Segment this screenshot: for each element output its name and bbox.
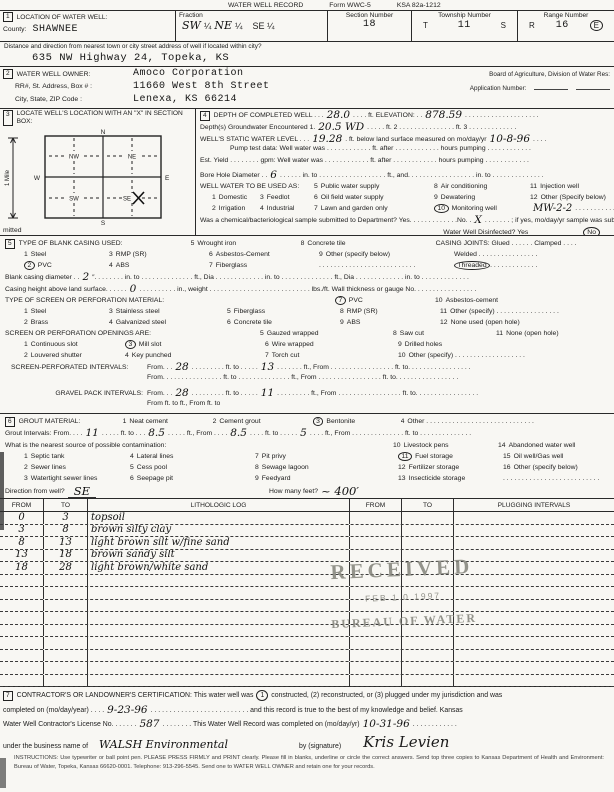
sample-question-tail: . . . . . . . ; if yes, mo/day/yr sample…: [485, 217, 614, 224]
option-number: 6: [209, 251, 213, 258]
option-label: Wire wrapped: [272, 341, 314, 348]
section-1-title: LOCATION OF WATER WELL:: [17, 14, 108, 21]
plug-interval-cell: [454, 662, 614, 674]
option-cell: 9Dewatering: [434, 194, 530, 201]
option-number: 9: [340, 319, 344, 326]
option-label: Dewatering: [441, 194, 475, 201]
option-cell: 4Industrial: [260, 205, 314, 212]
section-number-badge: 1: [3, 12, 13, 22]
elevation-label: . . . . ft. ELEVATION: . .: [353, 112, 422, 119]
form-title: WATER WELL RECORD: [228, 2, 303, 10]
option-number: 8: [255, 464, 259, 471]
dotted-leader: . . . . . ft. 2 . . . . . . . . . . . . …: [367, 124, 516, 131]
well-completed-date-value: 9-23-96: [107, 705, 148, 716]
col-header-from-2: FROM: [350, 499, 402, 511]
location-cell: 1 LOCATION OF WATER WELL: County: SHAWNE…: [0, 11, 176, 41]
plug-to-cell: [402, 600, 454, 612]
litho-description: [88, 600, 350, 612]
option-cell: 5Cess pool: [130, 464, 255, 471]
option-number: 15: [503, 453, 511, 460]
option-label: Stainless steel: [116, 308, 160, 315]
dotted-leader: . . . .: [533, 136, 546, 143]
option-label: Air conditioning: [441, 183, 487, 190]
litho-from-value: [0, 675, 44, 687]
option-cell: 7Torch cut: [265, 352, 398, 359]
option-number: 1: [24, 341, 28, 348]
litho-to-value: 13: [44, 537, 88, 549]
litho-description: brown silty clay: [88, 525, 350, 537]
option-number: 13: [398, 475, 406, 482]
option-cell: 9Feedyard: [255, 475, 398, 482]
litho-description: [88, 587, 350, 599]
option-cell: 2Sewer lines: [24, 464, 130, 471]
option-number: 1: [24, 308, 28, 315]
option-cell: CASING JOINTS: Glued . . . . . . Clamped…: [436, 240, 577, 247]
option-cell: 10Livestock pens: [393, 442, 498, 449]
plug-to-cell: [402, 562, 454, 574]
option-cell: 6Concrete tile: [227, 319, 340, 326]
plug-to-cell: [402, 625, 454, 637]
business-name-label: under the business name of: [3, 743, 88, 750]
option-cell: 2Cement grout: [213, 418, 313, 425]
option-cell: 11None (open hole): [496, 330, 559, 337]
plug-from-cell: [350, 587, 402, 599]
option-label: TYPE OF BLANK CASING USED:: [19, 240, 123, 247]
litho-from-value: 0: [0, 512, 44, 524]
option-label: Cement grout: [219, 418, 260, 425]
plug-from-cell: [350, 650, 402, 662]
screen-openings-row-2: 1Continuous slot3Mill slot6Wire wrapped9…: [5, 339, 614, 350]
table-row: [0, 675, 614, 688]
bore-hole-label: Bore Hole Diameter . .: [200, 172, 267, 179]
litho-to-value: [44, 575, 88, 587]
signature-value: Kris Levien: [345, 733, 467, 750]
application-number-blank: [534, 82, 568, 90]
option-cell: 10Monitoring well: [434, 204, 530, 213]
grout-intervals-label: Grout Intervals: From. . . .: [5, 430, 82, 437]
option-label: None (open hole): [506, 330, 559, 337]
option-cell: 10Other (specify) . . . . . . . . . . . …: [398, 352, 525, 359]
option-number: 5: [191, 240, 195, 247]
depth-value: 28.0: [327, 110, 350, 121]
option-number: 11: [440, 308, 447, 315]
plug-interval-cell: [454, 612, 614, 624]
option-number: 12: [530, 194, 538, 201]
litho-from-value: 18: [0, 562, 44, 574]
option-cell: 4Galvanized steel: [109, 319, 227, 326]
direction-from-well-label: Direction from well?: [5, 488, 65, 495]
nw-label: NW: [69, 155, 79, 161]
plug-from-cell: [350, 612, 402, 624]
license-number-value: 587: [139, 719, 159, 730]
option-label: Feedlot: [267, 194, 290, 201]
contamination-row-1: What is the nearest source of possible c…: [5, 440, 614, 451]
lithologic-rows: 0 3 topsoil 3 8 brown silty clay: [0, 512, 614, 687]
option-cell: WELL WATER TO BE USED AS:: [200, 183, 314, 190]
plug-to-cell: [402, 662, 454, 674]
measured-on-label: . ft. below land surface measured on mo/…: [345, 136, 486, 143]
instructions-text: INSTRUCTIONS: Use typewriter or ball poi…: [0, 750, 614, 772]
casing-type-row-2: 1Steel3RMP (SR)6Asbestos-Cement9Other (s…: [5, 249, 614, 260]
litho-from-value: [0, 600, 44, 612]
option-number: 3: [24, 475, 28, 482]
option-label: Other (specify below): [514, 464, 578, 471]
sample-wrap-text: mitted: [3, 227, 195, 235]
option-number: 2: [24, 352, 28, 359]
litho-from-value: 8: [0, 537, 44, 549]
bore-hole-diameter-value: 6: [270, 170, 277, 181]
section-3-title: LOCATE WELL'S LOCATION WITH AN "X" IN SE…: [17, 110, 195, 126]
option-number: 8: [301, 240, 305, 247]
to-label: . . . . . . . . . ft. to . . . . .: [192, 364, 258, 371]
option-cell: 14Abandoned water well: [498, 442, 575, 449]
option-number: 11: [530, 183, 537, 190]
litho-description: brown sandy silt: [88, 550, 350, 562]
option-label: Fiberglass: [216, 262, 247, 269]
option-number: 3: [313, 417, 324, 426]
option-cell: Welded . . . . . . . . . . . . . . . .: [454, 251, 537, 258]
contamination-row-4: 3Watertight sewer lines6Seepage pit9Feed…: [5, 473, 614, 484]
option-cell: 11Other (specify) . . . . . . . . . . . …: [440, 308, 559, 315]
option-label: Seepage pit: [137, 475, 173, 482]
option-cell: 3Bentonite: [313, 417, 401, 426]
screen-openings-row-1: SCREEN OR PERFORATION OPENINGS ARE:5Gauz…: [5, 328, 614, 339]
plug-to-cell: [402, 512, 454, 524]
option-label: GROUT MATERIAL:: [19, 418, 81, 425]
groundwater-label: Depth(s) Groundwater Encountered 1.: [200, 124, 315, 131]
litho-from-value: 13: [0, 550, 44, 562]
by-signature-label: by (signature): [299, 743, 341, 750]
screen-material-row-2: 1Steel3Stainless steel5Fiberglass8RMP (S…: [5, 306, 614, 317]
option-label: Other (specify) . . . . . . . . . . . . …: [450, 308, 559, 315]
section-4-well-data: 4 DEPTH OF COMPLETED WELL . . . 28.0 . .…: [196, 109, 614, 235]
option-number: 9: [255, 475, 259, 482]
gravel-pack-intervals-label: GRAVEL PACK INTERVALS:: [5, 390, 147, 397]
plug-to-cell: [402, 575, 454, 587]
litho-to-value: [44, 675, 88, 687]
from-label: From. . .: [147, 364, 172, 371]
litho-description: [88, 612, 350, 624]
option-cell: 1Domestic: [212, 194, 260, 201]
option-cell: 3Feedlot: [260, 194, 314, 201]
plug-to-cell: [402, 537, 454, 549]
application-number-blank: [576, 82, 610, 90]
section-number-badge: 6: [5, 417, 15, 427]
option-cell: 8Saw cut: [393, 330, 496, 337]
gravel-intervals-row-2: From ft. to ft., From ft. to: [147, 400, 220, 407]
option-label: . . . . . . . . . . . . . . . . . . . . …: [319, 262, 415, 269]
plug-to-cell: [402, 587, 454, 599]
plug-from-cell: [350, 562, 402, 574]
table-row: [0, 625, 614, 638]
section-number-cell: Section Number 18: [328, 11, 412, 41]
from-label: . . . . . ft., From . . . .: [168, 430, 227, 437]
option-number: 6: [227, 319, 231, 326]
option-cell: 6Asbestos-Cement: [209, 251, 319, 258]
option-cell: What is the nearest source of possible c…: [5, 442, 393, 449]
option-label: Sewer lines: [31, 464, 66, 471]
option-cell: 13Insecticide storage: [398, 475, 503, 482]
south-label: S: [101, 220, 106, 226]
option-label: Lawn and garden only: [321, 205, 388, 212]
option-number: 5: [227, 308, 231, 315]
plug-from-cell: [350, 550, 402, 562]
se-label: SE: [123, 197, 131, 203]
option-label: RMP (SR): [116, 251, 147, 258]
how-many-feet-label: How many feet?: [269, 488, 318, 495]
table-row: [0, 637, 614, 650]
contamination-row-2: 1Septic tank4Lateral lines7Pit privy11Fu…: [5, 451, 614, 462]
plug-interval-cell: [454, 575, 614, 587]
section-1-location: 1 LOCATION OF WATER WELL: County: SHAWNE…: [0, 11, 614, 42]
option-cell: 12Other (Specify below): [530, 194, 606, 201]
litho-to-value: [44, 612, 88, 624]
record-completed-date-value: 10-31-96: [363, 719, 410, 730]
litho-to-value: [44, 600, 88, 612]
option-label: Mill slot: [139, 341, 162, 348]
option-number: 2: [24, 319, 28, 326]
section-number-value: 18: [331, 19, 408, 30]
option-number: 4: [109, 319, 113, 326]
option-label: Oil field water supply: [321, 194, 384, 201]
township-label: Township Number: [415, 12, 514, 19]
county-value: SHAWNEE: [32, 24, 78, 35]
plug-interval-cell: [454, 637, 614, 649]
option-cell: 4Other . . . . . . . . . . . . . . . . .…: [401, 418, 534, 425]
plug-interval-cell: [454, 512, 614, 524]
option-label: Public water supply: [321, 183, 380, 190]
section-2-owner: 2 WATER WELL OWNER: Amoco Corporation RR…: [0, 67, 614, 109]
static-water-level-value: 19.28: [312, 134, 342, 145]
option-label: Fertilizer storage: [409, 464, 460, 471]
option-cell: . . . . . . . . . . . . .: [490, 262, 537, 269]
grout-to-2: 5: [300, 428, 307, 439]
option-number: 1: [212, 194, 216, 201]
option-number: 16: [503, 464, 511, 471]
col-header-to: TO: [44, 499, 88, 511]
table-row: 0 3 topsoil: [0, 512, 614, 525]
dotted-leader: . . . . . . . . . ft., From . . . . . . …: [277, 390, 478, 397]
plug-from-cell: [350, 675, 402, 687]
table-row: [0, 650, 614, 663]
from-label: From. . .: [147, 390, 172, 397]
litho-description: [88, 625, 350, 637]
monitoring-well-id-value: MW-2-2: [533, 204, 572, 214]
option-number: 12: [440, 319, 448, 326]
option-cell: TYPE OF SCREEN OR PERFORATION MATERIAL:: [5, 297, 335, 304]
plug-to-cell: [402, 550, 454, 562]
option-label: Asbestos-cement: [446, 297, 499, 304]
township-s: S: [501, 21, 506, 30]
option-cell: 8Concrete tile: [301, 240, 436, 247]
litho-from-value: 3: [0, 525, 44, 537]
grout-to-1: 8.5: [148, 428, 165, 439]
option-number: 7: [209, 262, 213, 269]
option-label: Industrial: [267, 205, 295, 212]
option-number: 10: [398, 352, 406, 359]
option-number: 5: [260, 330, 264, 337]
table-row: 8 13 light brown silt w/fine sand: [0, 537, 614, 550]
lithologic-log-table: FROM TO LITHOLOGIC LOG FROM TO PLUGGING …: [0, 499, 614, 687]
option-label: Insecticide storage: [409, 475, 466, 482]
option-number: 8: [393, 330, 397, 337]
board-of-agriculture-label: Board of Agriculture, Division of Water …: [404, 71, 610, 78]
option-number: 12: [398, 464, 406, 471]
litho-description: [88, 637, 350, 649]
blank-casing-diameter-label: Blank casing diameter . .: [5, 274, 79, 281]
option-cell: 12Fertilizer storage: [398, 464, 503, 471]
litho-to-value: [44, 662, 88, 674]
option-number: 9: [319, 251, 323, 258]
option-cell: 5Fiberglass: [227, 308, 340, 315]
option-label: Fuel storage: [415, 453, 453, 460]
screen-openings-row-3: 2Louvered shutter4Key punched7Torch cut1…: [5, 350, 614, 361]
screen-material-row-3: 2Brass4Galvanized steel6Concrete tile9AB…: [5, 317, 614, 328]
option-label: Louvered shutter: [31, 352, 82, 359]
county-label: County:: [3, 26, 26, 33]
option-number: 5: [314, 183, 318, 190]
option-number: 4: [109, 262, 113, 269]
plug-interval-cell: [454, 550, 614, 562]
litho-description: light brown silt w/fine sand: [88, 537, 350, 549]
option-label: RMP (SR): [347, 308, 378, 315]
dotted-leader: . . . . . . . . . . in., weight . . . . …: [139, 286, 476, 293]
contamination-row-3: 2Sewer lines5Cess pool8Sewage lagoon12Fe…: [5, 462, 614, 473]
option-cell: 4Lateral lines: [130, 453, 255, 460]
depth-label: DEPTH OF COMPLETED WELL . . .: [214, 112, 324, 119]
owner-city-value: Lenexa, KS 66214: [133, 94, 237, 105]
option-cell: 5Public water supply: [314, 183, 434, 190]
litho-from-value: [0, 625, 44, 637]
plug-from-cell: [350, 600, 402, 612]
section-6-grout-contamination: 6 GROUT MATERIAL:1Neat cement2Cement gro…: [0, 414, 614, 499]
option-label: Watertight sewer lines: [31, 475, 98, 482]
option-number: 2: [24, 464, 28, 471]
option-number: 7: [335, 296, 346, 305]
option-cell: 10Asbestos-cement: [435, 297, 498, 304]
certification-options: constructed, (2) reconstructed, or (3) p…: [271, 692, 502, 699]
litho-to-value: [44, 587, 88, 599]
form-header: WATER WELL RECORD Form WWC-5 KSA 82a-121…: [0, 0, 614, 11]
north-label: N: [101, 129, 106, 136]
litho-to-value: 8: [44, 525, 88, 537]
township-cell: Township Number T 11 S: [412, 11, 518, 41]
section-number-badge: 7: [3, 691, 13, 701]
dotted-leader: . . . . . . . . . . . .: [413, 721, 457, 728]
option-cell: 1Septic tank: [24, 453, 130, 460]
plug-from-cell: [350, 625, 402, 637]
col-header-to-2: TO: [402, 499, 454, 511]
dotted-leader: . . . . . . . . . . . .: [575, 205, 614, 212]
plug-from-cell: [350, 537, 402, 549]
option-label: Continuous slot: [31, 341, 78, 348]
option-cell: Threaded: [454, 261, 490, 270]
option-cell: 6Seepage pit: [130, 475, 255, 482]
est-yield-line: Est. Yield . . . . . . . . gpm: Well wat…: [200, 157, 529, 164]
option-cell: 7Pit privy: [255, 453, 398, 460]
water-well-record-form: WATER WELL RECORD Form WWC-5 KSA 82a-121…: [0, 0, 614, 792]
litho-from-value: [0, 575, 44, 587]
section-number-badge: 2: [3, 69, 13, 79]
well-use-row-2: 1Domestic3Feedlot6Oil field water supply…: [200, 192, 614, 203]
litho-from-value: [0, 650, 44, 662]
sample-no-x-mark: X: [474, 215, 481, 226]
option-label: Steel: [31, 251, 47, 258]
option-label: CASING JOINTS: Glued . . . . . . Clamped…: [436, 240, 577, 247]
constructed-circled-option: 1: [256, 690, 268, 701]
option-label: Bentonite: [326, 418, 355, 425]
fraction-quarter-3: SE ¼: [253, 21, 275, 31]
owner-address-label: RR#, St. Address, Box # :: [3, 83, 133, 90]
option-number: 10: [434, 204, 449, 213]
option-cell: 12None used (open hole): [440, 319, 520, 326]
dotted-leader: . . . . ft., From . . . . . . . . . . . …: [310, 430, 471, 437]
option-label: Lateral lines: [137, 453, 174, 460]
option-number: 8: [340, 308, 344, 315]
litho-to-value: [44, 625, 88, 637]
plug-to-cell: [402, 637, 454, 649]
township-t: T: [423, 21, 428, 30]
option-number: 1: [24, 251, 28, 258]
plug-to-cell: [402, 525, 454, 537]
option-number: 7: [314, 205, 318, 212]
litho-from-value: [0, 587, 44, 599]
option-number: 4: [401, 418, 405, 425]
quarter-glyph: ¼: [235, 21, 243, 31]
address-question: Distance and direction from nearest town…: [4, 43, 610, 50]
range-east-circled: E: [590, 20, 603, 31]
pump-test-line: Pump test data: Well water was . . . . .…: [230, 145, 531, 152]
option-label: Steel: [31, 308, 47, 315]
option-cell: 6Oil field water supply: [314, 194, 434, 201]
option-number: 4: [130, 453, 134, 460]
west-label: W: [34, 175, 41, 182]
col-header-from: FROM: [0, 499, 44, 511]
option-cell: 9ABS: [340, 319, 440, 326]
option-label: Other (Specify below): [541, 194, 606, 201]
litho-description: [88, 575, 350, 587]
option-cell: GROUT MATERIAL:: [19, 418, 123, 425]
section-number-label: Section Number: [331, 12, 408, 19]
plug-from-cell: [350, 662, 402, 674]
litho-description: [88, 650, 350, 662]
option-cell: 3Watertight sewer lines: [24, 475, 130, 482]
owner-address-value: 11660 West 8th Street: [133, 81, 270, 92]
gravel-interval-to-value: 11: [261, 388, 274, 399]
option-number: 4: [260, 205, 264, 212]
option-cell: 5Gauzed wrapped: [260, 330, 393, 337]
range-r: R: [529, 21, 535, 30]
table-row: 3 8 brown silty clay: [0, 525, 614, 538]
litho-to-value: [44, 637, 88, 649]
casing-type-row-1: 5 TYPE OF BLANK CASING USED:5Wrought iro…: [5, 238, 614, 249]
option-label: Gauzed wrapped: [267, 330, 319, 337]
fraction-label: Fraction: [179, 12, 324, 19]
table-row: 13 18 brown sandy silt: [0, 550, 614, 563]
plug-interval-cell: [454, 625, 614, 637]
disinfected-no-circled: No: [583, 227, 600, 236]
option-cell: 9Drilled holes: [398, 341, 442, 348]
option-number: 1: [123, 418, 127, 425]
option-label: Cess pool: [137, 464, 167, 471]
option-label: PVC: [349, 297, 363, 304]
option-label: Sewage lagoon: [262, 464, 309, 471]
screen-perforated-intervals-label: SCREEN-PERFORATED INTERVALS:: [5, 364, 147, 371]
fraction-cell: Fraction SW ¼ NE ¼ SE ¼: [176, 11, 328, 41]
elevation-value: 878.59: [425, 110, 462, 121]
plug-to-cell: [402, 612, 454, 624]
option-label: Other . . . . . . . . . . . . . . . . . …: [407, 418, 534, 425]
